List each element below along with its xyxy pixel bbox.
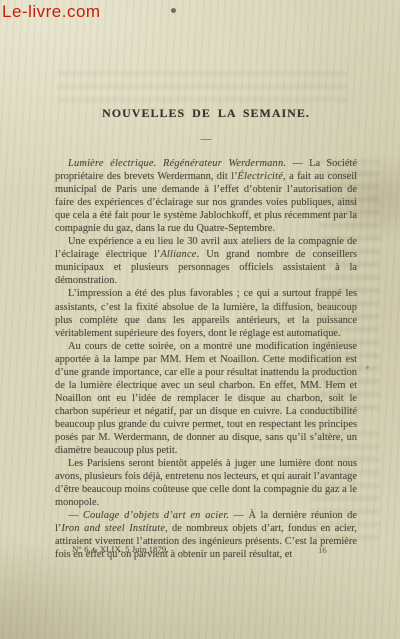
text-segment: L’impression a été des plus favorables ;…: [55, 288, 357, 338]
italic-text-segment: Coulage d’objets d’art en acier.: [83, 510, 229, 521]
ink-speck: [366, 366, 369, 369]
italic-text-segment: Lumière électrique. Régénérateur Werderm…: [68, 158, 286, 169]
italic-text-segment: Iron and steel Institute: [61, 523, 165, 534]
paragraph: L’impression a été des plus favorables ;…: [55, 287, 357, 339]
italic-text-segment: Alliance: [160, 249, 196, 260]
paragraph: Au cours de cette soirée, on a montré un…: [55, 340, 357, 457]
verso-showthrough-artifact: [58, 64, 348, 102]
watermark-le-livre: Le-livre.com: [2, 2, 101, 22]
paragraph: Une expérience a eu lieu le 30 avril aux…: [55, 235, 357, 287]
page-number: 16: [318, 545, 327, 555]
page-footer: N° 6, t. XLIX. 5 Juin 1879. 16: [56, 544, 356, 554]
section-separator-dash: —: [56, 133, 356, 145]
issue-reference: N° 6, t. XLIX. 5 Juin 1879.: [72, 544, 168, 554]
text-segment: —: [68, 510, 83, 521]
paragraph: Les Parisiens seront bientôt appelés à j…: [55, 457, 357, 509]
article-body: Lumière électrique. Régénérateur Werderm…: [55, 157, 357, 561]
scanned-page: { "watermark": {"text": "Le-livre.com", …: [0, 0, 400, 639]
text-segment: Au cours de cette soirée, on a montré un…: [55, 341, 357, 456]
page-title: NOUVELLES DE LA SEMAINE.: [56, 106, 356, 121]
italic-text-segment: Électricité: [238, 171, 283, 182]
ink-speck: [171, 8, 176, 13]
text-segment: Les Parisiens seront bientôt appelés à j…: [55, 458, 357, 508]
paragraph: Lumière électrique. Régénérateur Werderm…: [55, 157, 357, 235]
